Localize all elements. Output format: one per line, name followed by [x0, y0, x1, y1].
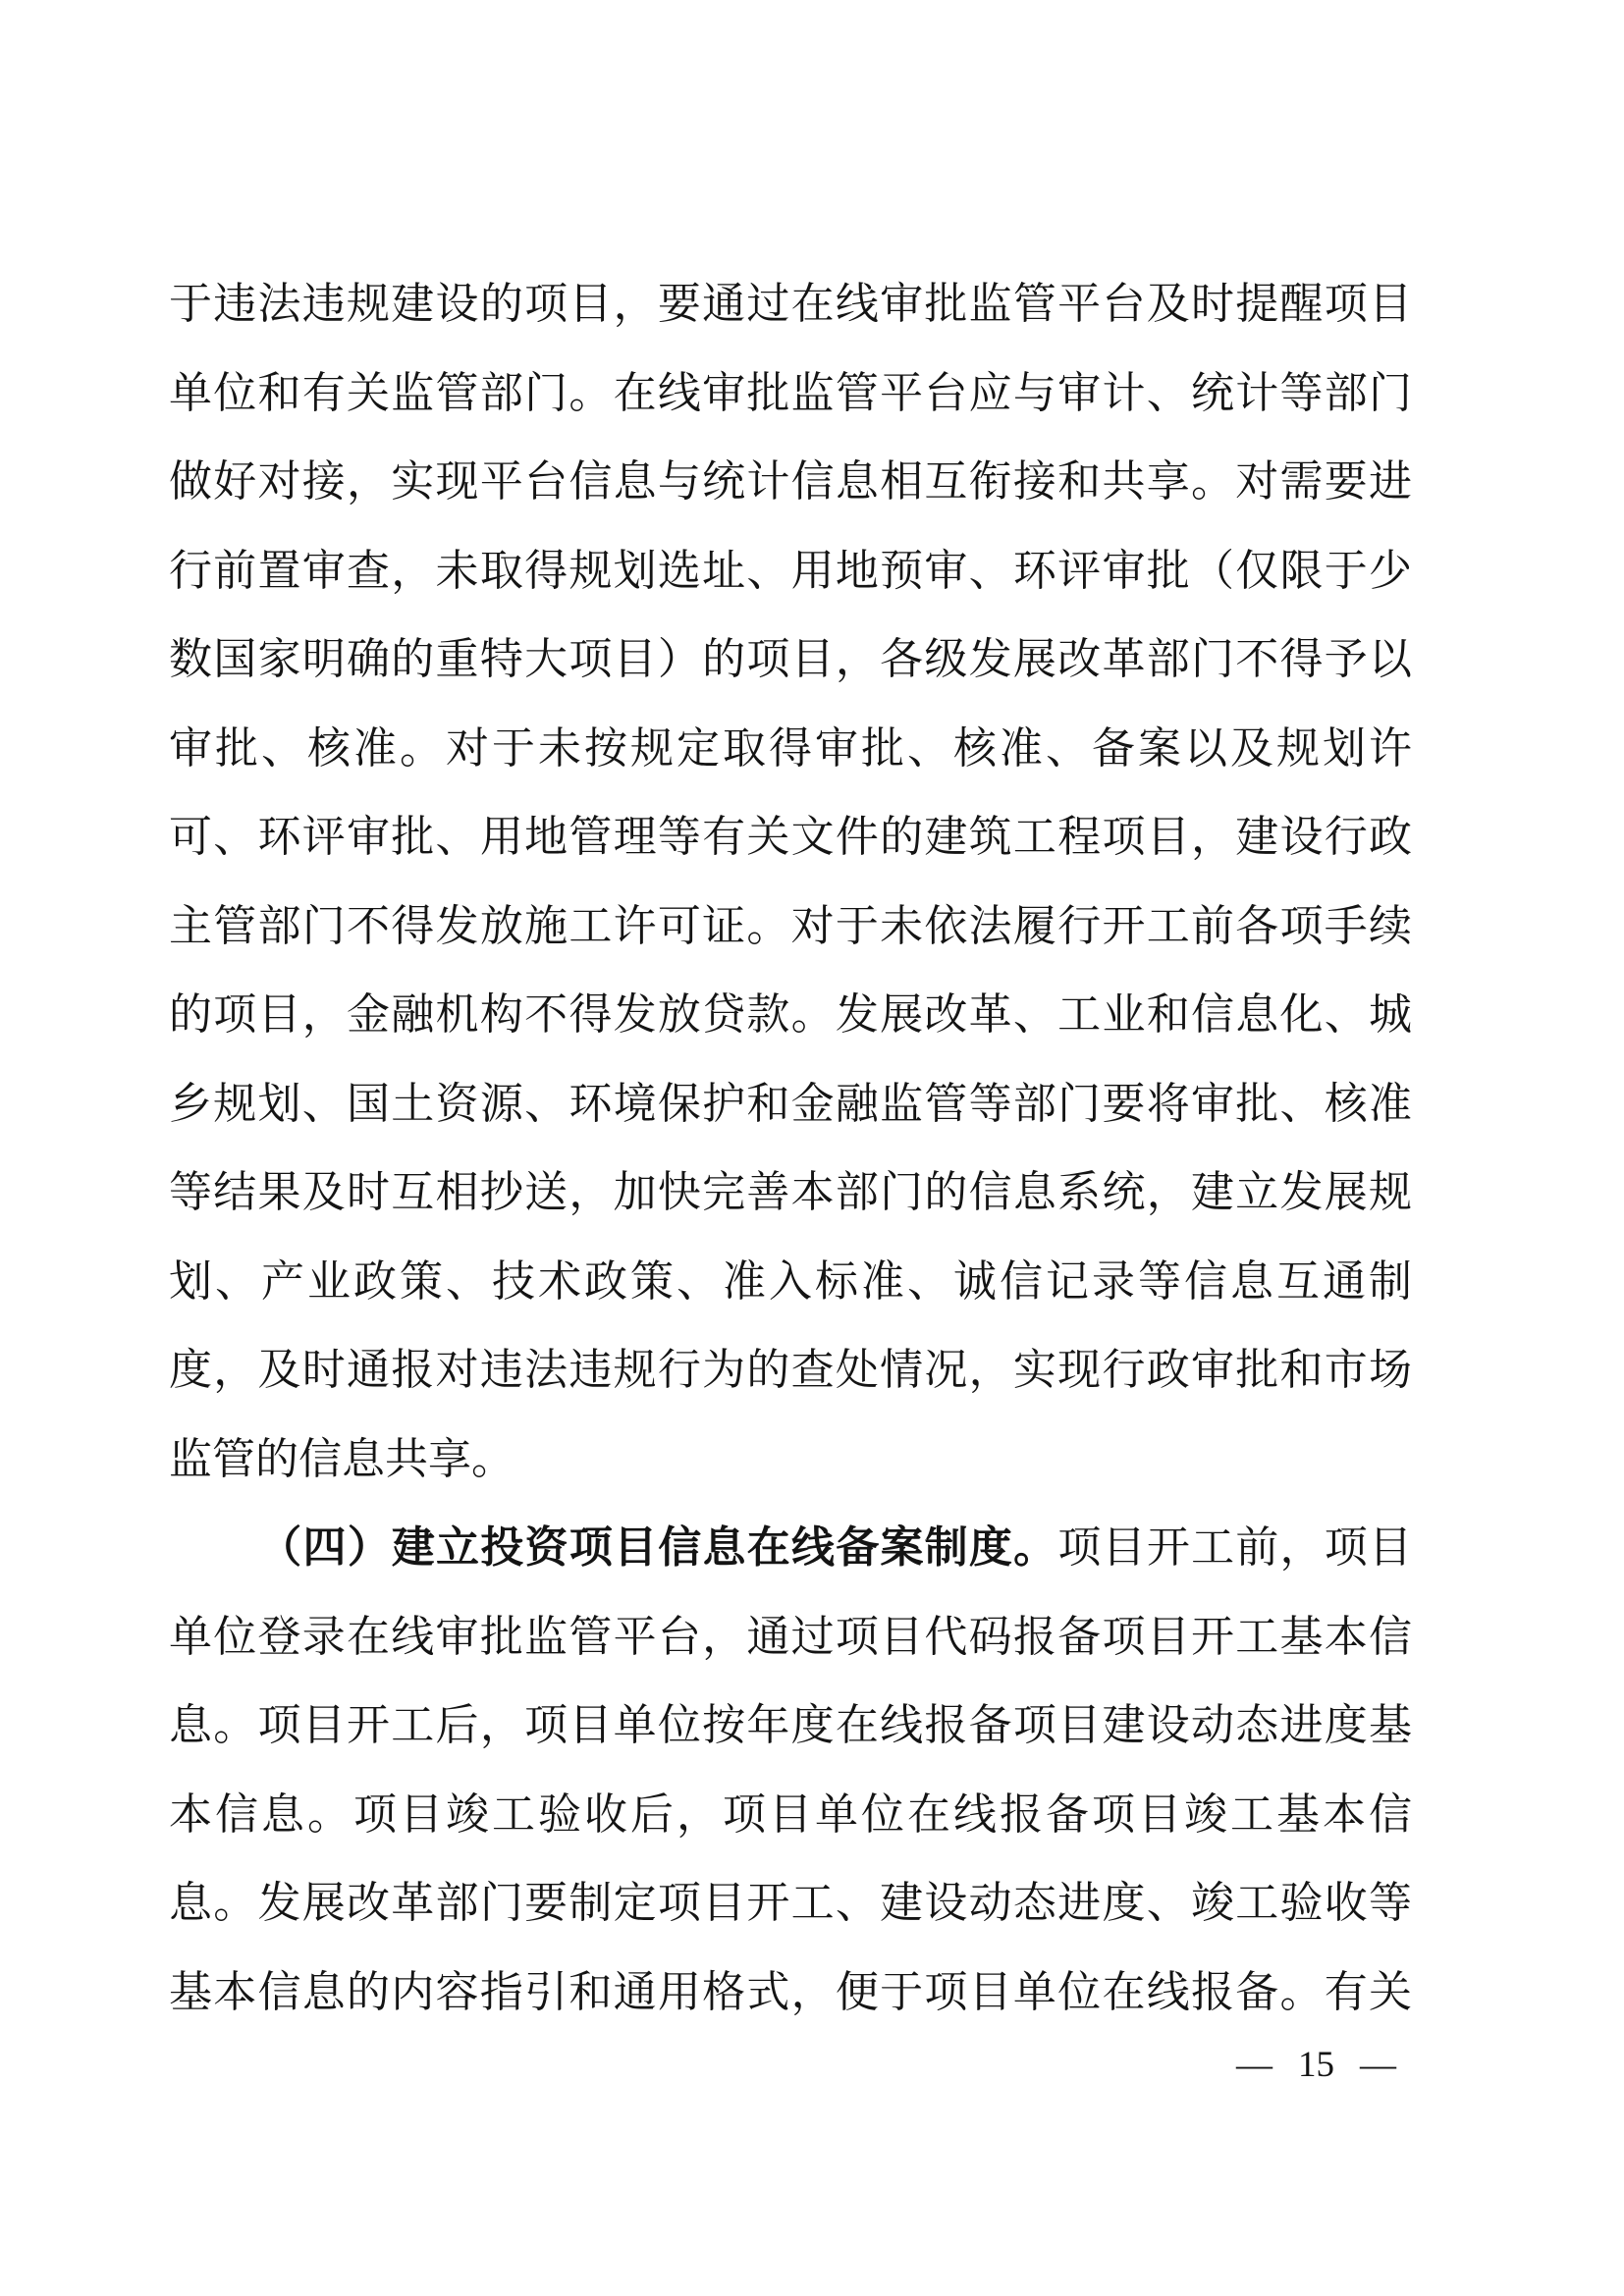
line-text: 划、产业政策、技术政策、准入标准、诚信记录等信息互通制 — [169, 1257, 1412, 1306]
footer-dash-right: — — [1360, 2044, 1396, 2087]
text-line: 行前置审查，未取得规划选址、用地预审、环评审批（仅限于少 — [169, 527, 1412, 616]
text-line: 可、环评审批、用地管理等有关文件的建筑工程项目，建设行政 — [169, 793, 1412, 882]
line-text: 监管的信息共享。 — [169, 1435, 514, 1483]
line-text: 行前置审查，未取得规划选址、用地预审、环评审批（仅限于少 — [169, 547, 1412, 595]
line-text: 做好对接，实现平台信息与统计信息相互衔接和共享。对需要进 — [169, 457, 1412, 506]
text-line: 等结果及时互相抄送，加快完善本部门的信息系统，建立发展规 — [169, 1148, 1412, 1238]
line-text: 主管部门不得发放施工许可证。对于未依法履行开工前各项手续 — [169, 902, 1412, 950]
line-text: 基本信息的内容指引和通用格式，便于项目单位在线报备。有关 — [169, 1968, 1412, 2016]
text-line: 于违法违规建设的项目，要通过在线审批监管平台及时提醒项目 — [169, 260, 1412, 349]
line-text: 于违法违规建设的项目，要通过在线审批监管平台及时提醒项目 — [169, 280, 1412, 328]
text-line: 本信息。项目竣工验收后，项目单位在线报备项目竣工基本信 — [169, 1771, 1412, 1860]
text-line: 的项目，金融机构不得发放贷款。发展改革、工业和信息化、城 — [169, 971, 1412, 1060]
paragraph-indent — [169, 1561, 257, 1562]
line-text: 的项目，金融机构不得发放贷款。发展改革、工业和信息化、城 — [169, 990, 1412, 1039]
line-text: 等结果及时互相抄送，加快完善本部门的信息系统，建立发展规 — [169, 1168, 1412, 1216]
text-line: 乡规划、国土资源、环境保护和金融监管等部门要将审批、核准 — [169, 1060, 1412, 1149]
text-line: 息。发展改革部门要制定项目开工、建设动态进度、竣工验收等 — [169, 1859, 1412, 1949]
text-line: 审批、核准。对于未按规定取得审批、核准、备案以及规划许 — [169, 705, 1412, 794]
text-line: 主管部门不得发放施工许可证。对于未依法履行开工前各项手续 — [169, 882, 1412, 972]
text-line: 基本信息的内容指引和通用格式，便于项目单位在线报备。有关 — [169, 1949, 1412, 2038]
document-body: 于违法违规建设的项目，要通过在线审批监管平台及时提醒项目单位和有关监管部门。在线… — [169, 260, 1412, 2037]
line-text: 审批、核准。对于未按规定取得审批、核准、备案以及规划许 — [169, 724, 1412, 773]
footer-dash-left: — — [1236, 2044, 1272, 2087]
text-line: 做好对接，实现平台信息与统计信息相互衔接和共享。对需要进 — [169, 438, 1412, 527]
line-text: 本信息。项目竣工验收后，项目单位在线报备项目竣工基本信 — [169, 1790, 1412, 1839]
section-heading: （四）建立投资项目信息在线备案制度。 — [257, 1523, 1057, 1572]
page-footer: — 15 — — [1236, 2044, 1396, 2087]
text-line: 息。项目开工后，项目单位按年度在线报备项目建设动态进度基 — [169, 1682, 1412, 1771]
line-text: 乡规划、国土资源、环境保护和金融监管等部门要将审批、核准 — [169, 1080, 1412, 1128]
document-page: 于违法违规建设的项目，要通过在线审批监管平台及时提醒项目单位和有关监管部门。在线… — [0, 0, 1624, 2296]
text-line: 单位和有关监管部门。在线审批监管平台应与审计、统计等部门 — [169, 349, 1412, 439]
text-line: （四）建立投资项目信息在线备案制度。项目开工前，项目 — [169, 1504, 1412, 1593]
text-line: 度，及时通报对违法违规行为的查处情况，实现行政审批和市场 — [169, 1326, 1412, 1415]
text-line: 数国家明确的重特大项目）的项目，各级发展改革部门不得予以 — [169, 615, 1412, 705]
text-line: 划、产业政策、技术政策、准入标准、诚信记录等信息互通制 — [169, 1238, 1412, 1327]
text-line: 监管的信息共享。 — [169, 1415, 1412, 1505]
line-text: 息。发展改革部门要制定项目开工、建设动态进度、竣工验收等 — [169, 1879, 1412, 1927]
line-text: 可、环评审批、用地管理等有关文件的建筑工程项目，建设行政 — [169, 813, 1412, 861]
line-text: 单位和有关监管部门。在线审批监管平台应与审计、统计等部门 — [169, 369, 1412, 417]
line-text: 单位登录在线审批监管平台，通过项目代码报备项目开工基本信 — [169, 1613, 1412, 1661]
line-text: 息。项目开工后，项目单位按年度在线报备项目建设动态进度基 — [169, 1701, 1412, 1749]
text-line: 单位登录在线审批监管平台，通过项目代码报备项目开工基本信 — [169, 1593, 1412, 1682]
line-text: 数国家明确的重特大项目）的项目，各级发展改革部门不得予以 — [169, 635, 1412, 683]
page-number: 15 — [1298, 2044, 1334, 2087]
line-text: 度，及时通报对违法违规行为的查处情况，实现行政审批和市场 — [169, 1346, 1412, 1394]
line-text: 项目开工前，项目 — [1057, 1523, 1412, 1572]
